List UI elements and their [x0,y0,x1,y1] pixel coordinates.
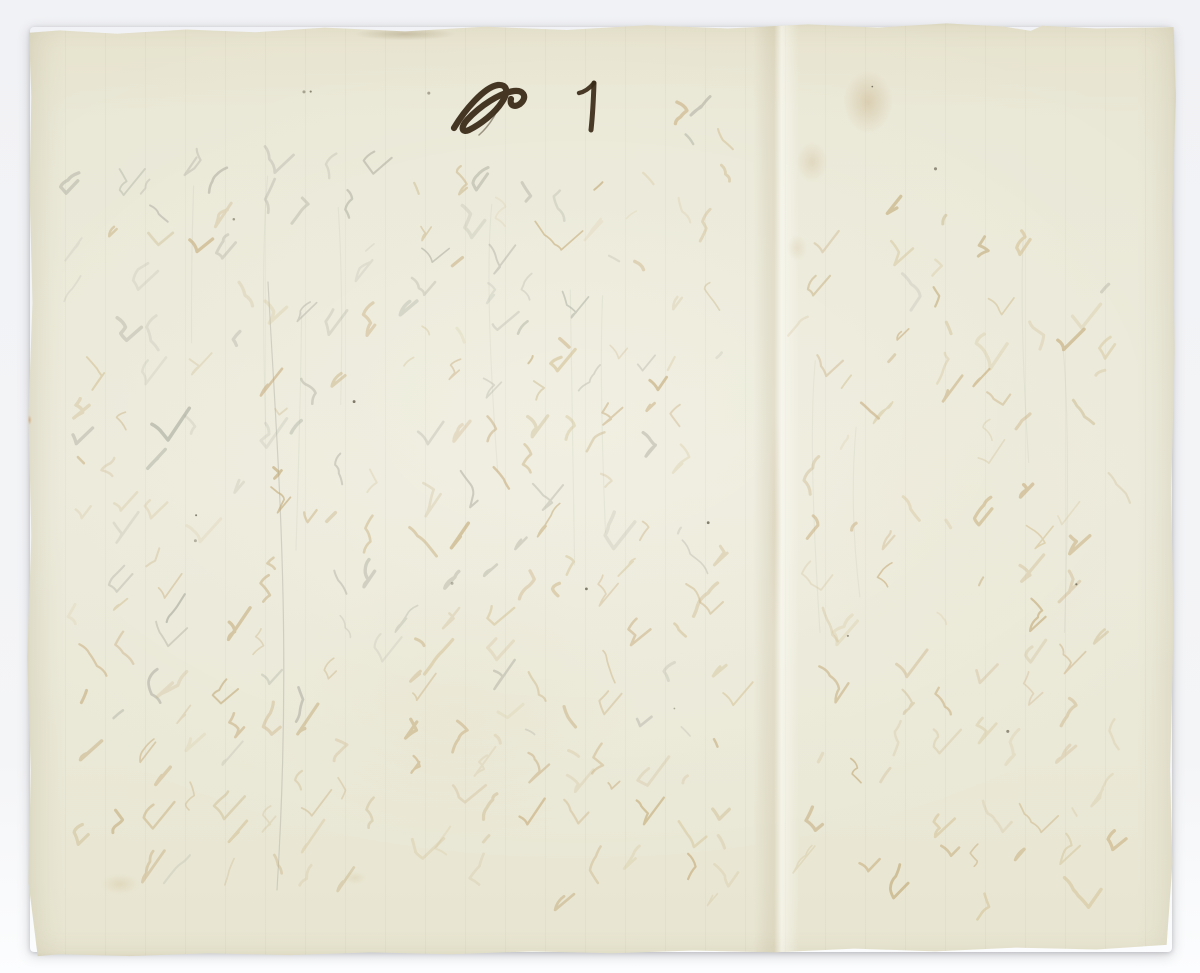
paper-laid-lines-texture [25,22,1177,957]
manuscript-page: No 1 [25,22,1177,957]
fold-crease [753,22,799,957]
scan-background: No 1 [0,0,1200,973]
inscription-transcription: No 1 [25,22,26,23]
